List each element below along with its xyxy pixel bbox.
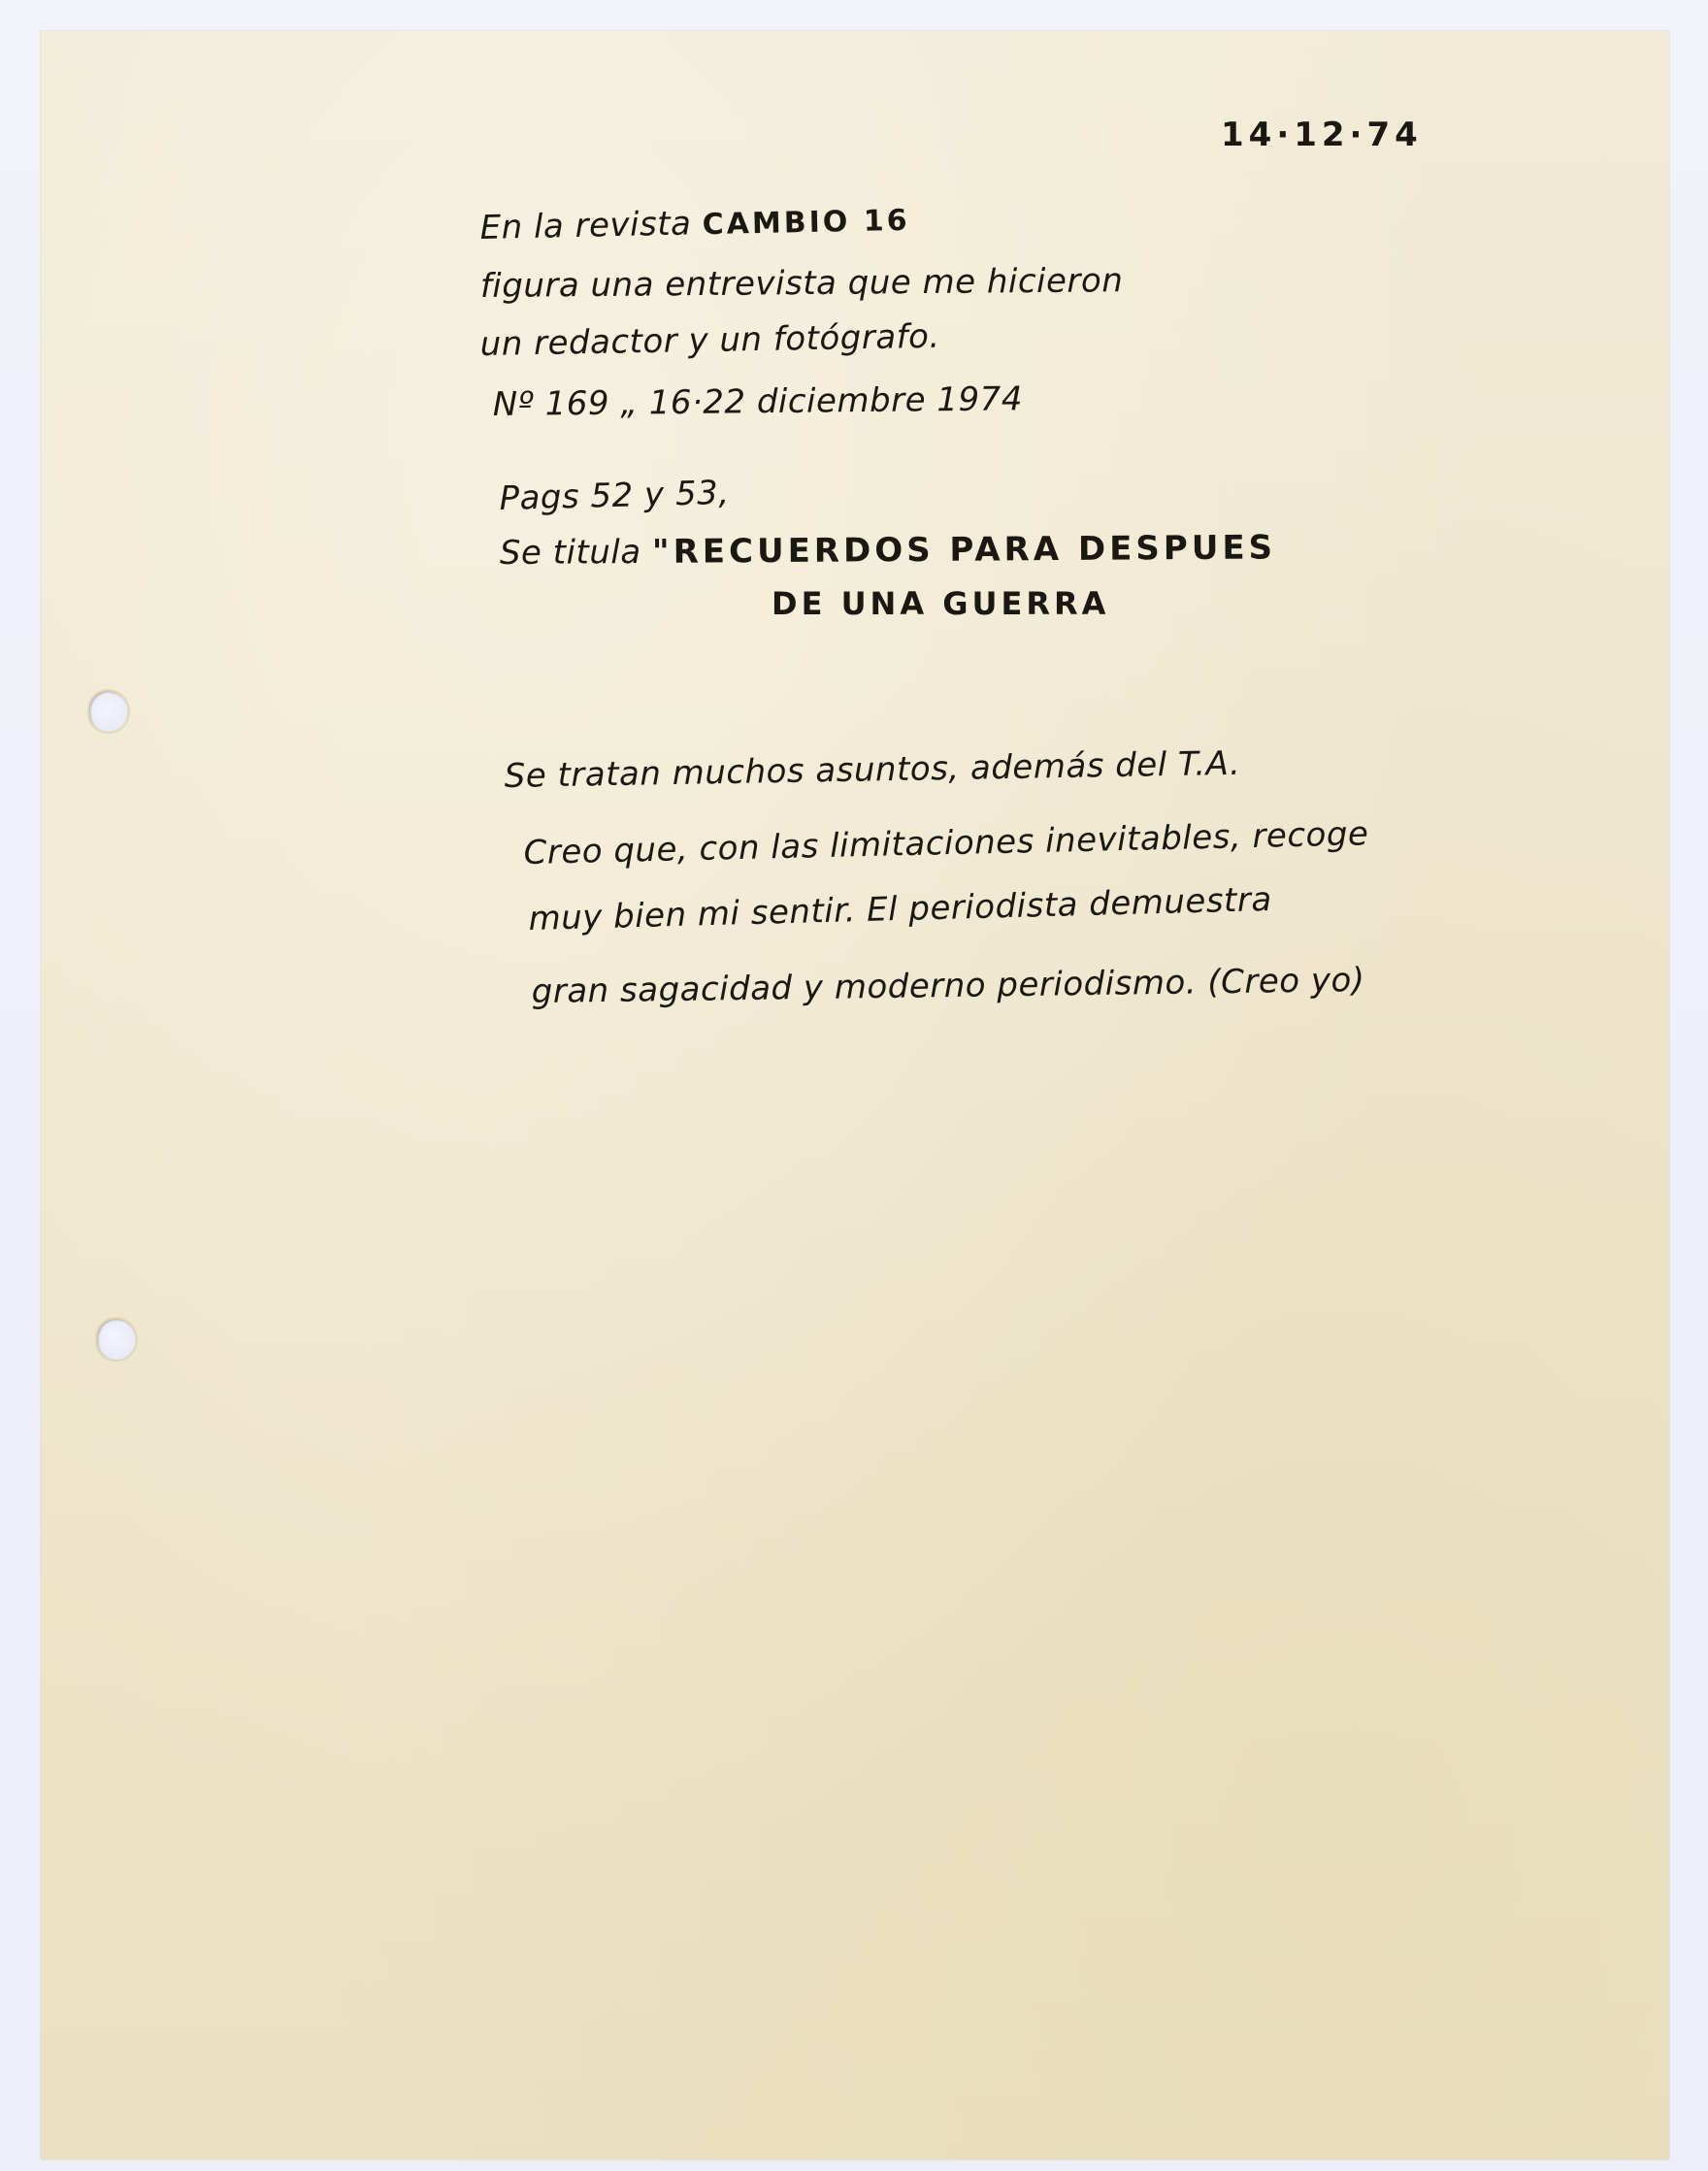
article-title-line-2: DE UNA GUERRA [772, 588, 1109, 619]
magazine-name: CAMBIO 16 [702, 204, 909, 242]
punch-hole-top [89, 691, 128, 732]
article-title-line-1: Se titula "RECUERDOS PARA DESPUES [500, 531, 1276, 570]
pages-line: Pags 52 y 53, [499, 477, 730, 515]
note-line-3: un redactor y un fotógrafo. [479, 320, 940, 361]
note-line-2: figura una entrevista que me hicieron [480, 264, 1124, 303]
article-title-part-1: "RECUERDOS PARA DESPUES [652, 528, 1276, 571]
note-line-1-text: En la revista [479, 204, 703, 247]
article-title-part-2: DE UNA GUERRA [772, 585, 1109, 622]
note-line-1: En la revista CAMBIO 16 [479, 203, 910, 245]
punch-hole-bottom [97, 1319, 136, 1360]
title-label: Se titula [500, 533, 652, 573]
note-date: 14·12·74 [1221, 118, 1423, 151]
issue-number-line: Nº 169 „ 16·22 diciembre 1974 [493, 382, 1023, 421]
